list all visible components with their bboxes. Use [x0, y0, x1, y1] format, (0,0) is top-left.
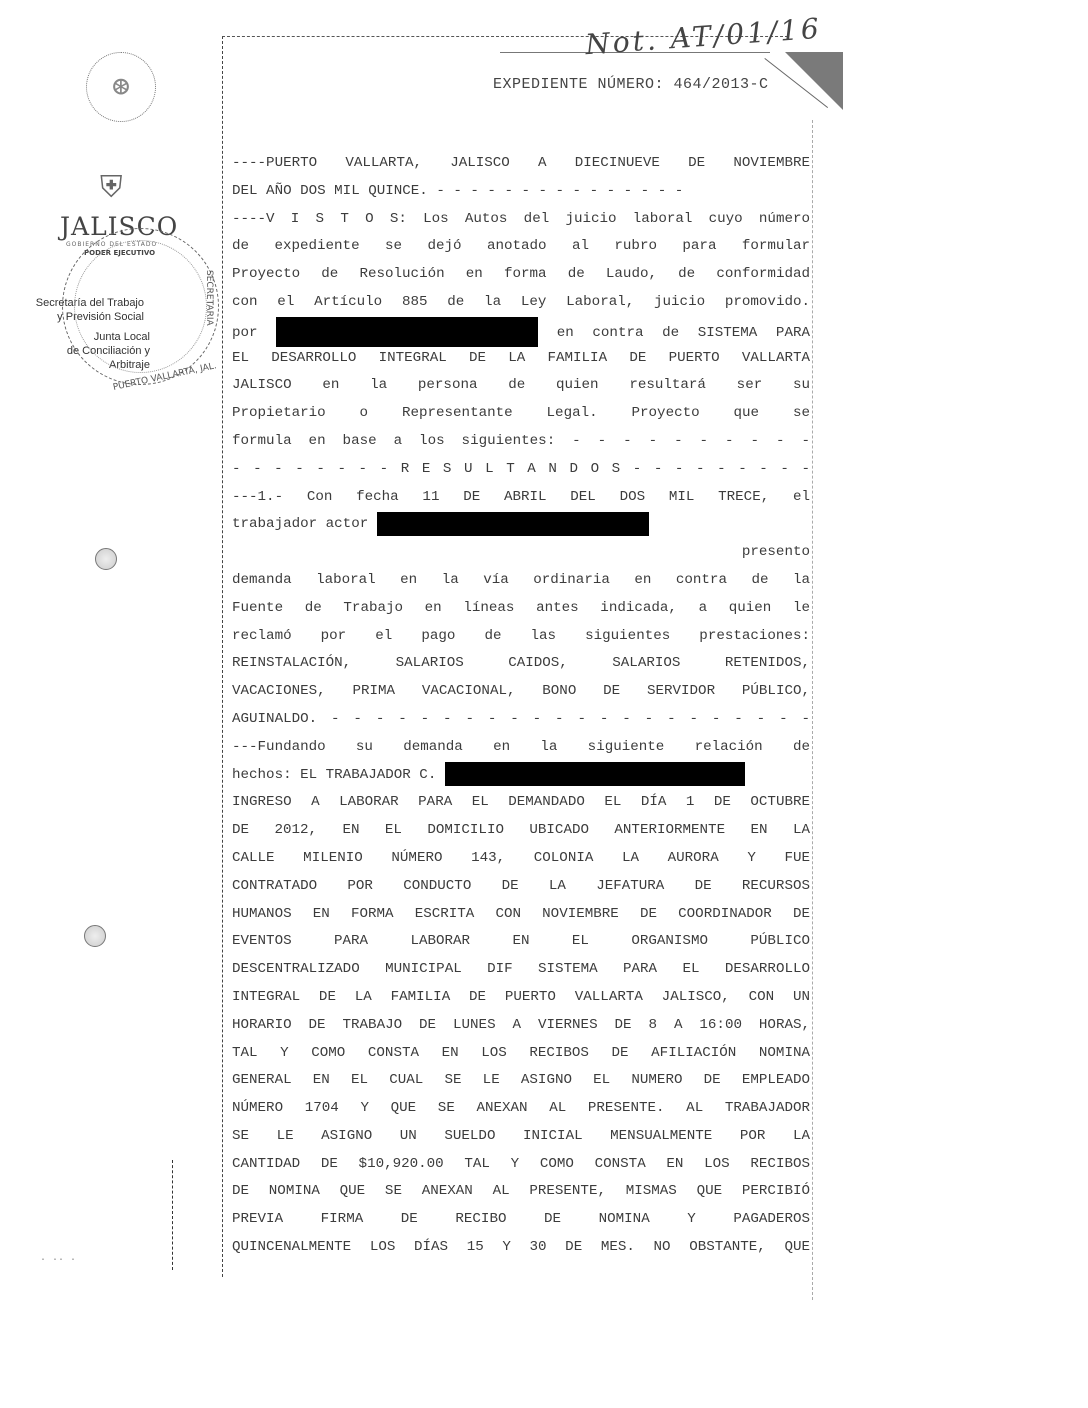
case-number-header: EXPEDIENTE NÚMERO: 464/2013-C	[493, 76, 769, 93]
text-line: PREVIA FIRMA DE RECIBO DE NOMINA Y PAGAD…	[232, 1206, 810, 1234]
text-line: formula en base a los siguientes: - - - …	[232, 428, 810, 456]
text-line: ----PUERTO VALLARTA, JALISCO A DIECINUEV…	[232, 150, 810, 178]
text-line: DEL AÑO DOS MIL QUINCE. - - - - - - - - …	[232, 178, 810, 206]
text-line: hechos: EL TRABAJADOR C.	[232, 762, 810, 790]
scan-specks: · ·· ·	[40, 1255, 76, 1266]
text-line: NÚMERO 1704 Y QUE SE ANEXAN AL PRESENTE.…	[232, 1095, 810, 1123]
redaction-bar	[276, 317, 538, 347]
text-line: HORARIO DE TRABAJO DE LUNES A VIERNES DE…	[232, 1012, 810, 1040]
text-line: ----V I S T O S: Los Autos del juicio la…	[232, 206, 810, 234]
case-number-label: EXPEDIENTE NÚMERO:	[493, 76, 664, 93]
text-line: QUINCENALMENTE LOS DÍAS 15 Y 30 DE MES. …	[232, 1234, 810, 1262]
text-line: INGRESO A LABORAR PARA EL DEMANDADO EL D…	[232, 789, 810, 817]
punch-hole-icon	[95, 548, 117, 570]
text-line: ---Fundando su demanda en la siguiente r…	[232, 734, 810, 762]
text-line: reclamó por el pago de las siguientes pr…	[232, 623, 810, 651]
text-line: HUMANOS EN FORMA ESCRITA CON NOVIEMBRE D…	[232, 901, 810, 929]
text-line: DE NOMINA QUE SE ANEXAN AL PRESENTE, MIS…	[232, 1178, 810, 1206]
text-line: con el Artículo 885 de la Ley Laboral, j…	[232, 289, 810, 317]
text-line: Proyecto de Resolución en forma de Laudo…	[232, 261, 810, 289]
line-text: por	[232, 325, 276, 341]
text-line: CANTIDAD DE $10,920.00 TAL Y COMO CONSTA…	[232, 1151, 810, 1179]
text-line: Fuente de Trabajo en líneas antes indica…	[232, 595, 810, 623]
line-text: trabajador actor	[232, 516, 377, 532]
text-line: JALISCO en la persona de quien resultará…	[232, 372, 810, 400]
text-line: EVENTOS PARA LABORAR EN EL ORGANISMO PÚB…	[232, 928, 810, 956]
line-text: en contra de SISTEMA PARA	[538, 325, 810, 341]
text-line: demanda laboral en la vía ordinaria en c…	[232, 567, 810, 595]
stamp-text-secretaria: SECRETARIA	[204, 270, 214, 326]
text-line: CALLE MILENIO NÚMERO 143, COLONIA LA AUR…	[232, 845, 810, 873]
page-border-right	[812, 120, 813, 1300]
text-line: GENERAL EN EL CUAL SE LE ASIGNO EL NUMER…	[232, 1067, 810, 1095]
text-line: ---1.- Con fecha 11 DE ABRIL DEL DOS MIL…	[232, 484, 810, 512]
resolution-body: ----PUERTO VALLARTA, JALISCO A DIECINUEV…	[232, 150, 810, 1262]
text-line: presento	[232, 539, 810, 567]
text-line: REINSTALACIÓN, SALARIOS CAIDOS, SALARIOS…	[232, 650, 810, 678]
national-seal-icon: ⊛	[86, 52, 156, 122]
text-line: DESCENTRALIZADO MUNICIPAL DIF SISTEMA PA…	[232, 956, 810, 984]
text-line: CONTRATADO POR CONDUCTO DE LA JEFATURA D…	[232, 873, 810, 901]
text-line: EL DESARROLLO INTEGRAL DE LA FAMILIA DE …	[232, 345, 810, 373]
line-text: hechos: EL TRABAJADOR C.	[232, 767, 445, 783]
text-line: trabajador actor	[232, 511, 810, 539]
text-line: por en contra de SISTEMA PARA	[232, 317, 810, 345]
jalisco-crest-icon: ⛨	[100, 170, 123, 205]
punch-hole-icon	[84, 925, 106, 947]
text-line: TAL Y COMO CONSTA EN LOS RECIBOS DE AFIL…	[232, 1040, 810, 1068]
redaction-bar	[445, 762, 745, 786]
text-line: Propietario o Representante Legal. Proye…	[232, 400, 810, 428]
letterhead-logos: ⊛ ⛨ JALISCO GOBIERNO DEL ESTADO PODER EJ…	[0, 0, 240, 420]
case-number-value: 464/2013-C	[674, 76, 769, 93]
text-line: de expediente se dejó anotado al rubro p…	[232, 233, 810, 261]
text-line: INTEGRAL DE LA FAMILIA DE PUERTO VALLART…	[232, 984, 810, 1012]
text-line: VACACIONES, PRIMA VACACIONAL, BONO DE SE…	[232, 678, 810, 706]
text-line: AGUINALDO. - - - - - - - - - - - - - - -…	[232, 706, 810, 734]
text-line: DE 2012, EN EL DOMICILIO UBICADO ANTERIO…	[232, 817, 810, 845]
official-stamp-inner-ring	[74, 240, 207, 373]
text-line: - - - - - - - - R E S U L T A N D O S - …	[232, 456, 810, 484]
page-border-left-lower	[172, 1160, 173, 1270]
text-line: SE LE ASIGNO UN SUELDO INICIAL MENSUALME…	[232, 1123, 810, 1151]
redaction-bar	[377, 512, 649, 536]
